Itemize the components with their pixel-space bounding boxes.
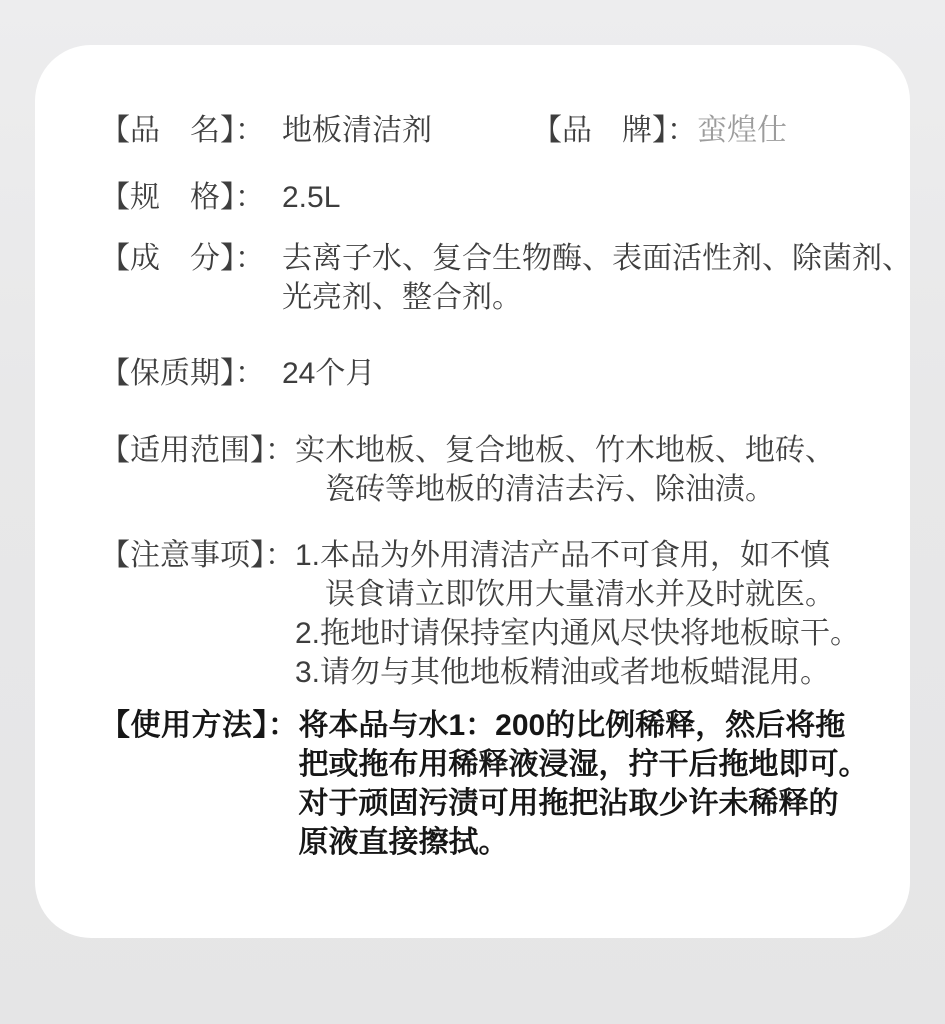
ingredients-line-2: 光亮剂、整合剂。 [282,278,912,317]
notes-value: 1.本品为外用清洁产品不可食用，如不慎 误食请立即饮用大量清水并及时就医。 2.… [295,536,876,692]
product-name-value: 地板清洁剂 [282,111,432,150]
notes-line-3: 2.拖地时请保持室内通风尽快将地板晾干。 [295,614,876,653]
spec-value: 2.5L [282,178,340,217]
notes-line-1: 1.本品为外用清洁产品不可食用，如不慎 [295,536,876,575]
usage-line-4: 原液直接擦拭。 [299,823,877,862]
ingredients-label: 【成 分】： [100,239,282,278]
usage-line-1: 将本品与水1：200的比例稀释，然后将拖 [299,706,877,745]
row-spec: 【规 格】： 2.5L [100,178,876,217]
brand-value: 蛮煌仕 [697,111,787,150]
scope-value: 实木地板、复合地板、竹木地板、地砖、 瓷砖等地板的清洁去污、除油渍。 [295,431,876,509]
ingredients-value: 去离子水、复合生物酶、表面活性剂、除菌剂、 光亮剂、整合剂。 [282,239,912,317]
scope-line-2: 瓷砖等地板的清洁去污、除油渍。 [295,470,876,509]
notes-line-2: 误食请立即饮用大量清水并及时就医。 [295,575,876,614]
row-ingredients: 【成 分】： 去离子水、复合生物酶、表面活性剂、除菌剂、 光亮剂、整合剂。 [100,239,876,317]
row-shelf-life: 【保质期】： 24个月 [100,354,876,393]
usage-value: 将本品与水1：200的比例稀释，然后将拖 把或拖布用稀释液浸湿，拧干后拖地即可。… [299,706,877,862]
usage-line-2: 把或拖布用稀释液浸湿，拧干后拖地即可。 [299,745,877,784]
ingredients-line-1: 去离子水、复合生物酶、表面活性剂、除菌剂、 [282,239,912,278]
product-info-card: 【品 名】： 地板清洁剂 【品 牌】： 蛮煌仕 【规 格】： 2.5L 【成 分… [35,45,910,938]
scope-line-1: 实木地板、复合地板、竹木地板、地砖、 [295,431,876,470]
row-notes: 【注意事项】： 1.本品为外用清洁产品不可食用，如不慎 误食请立即饮用大量清水并… [100,536,876,692]
shelf-life-label: 【保质期】： [100,354,282,393]
row-scope: 【适用范围】： 实木地板、复合地板、竹木地板、地砖、 瓷砖等地板的清洁去污、除油… [100,431,876,509]
notes-line-4: 3.请勿与其他地板精油或者地板蜡混用。 [295,653,876,692]
product-name-label: 【品 名】： [100,111,282,150]
notes-label: 【注意事项】： [100,536,295,575]
row-product-name-brand: 【品 名】： 地板清洁剂 【品 牌】： 蛮煌仕 [100,111,876,150]
usage-line-3: 对于顽固污渍可用拖把沾取少许未稀释的 [299,784,877,823]
row-usage: 【使用方法】： 将本品与水1：200的比例稀释，然后将拖 把或拖布用稀释液浸湿，… [100,706,876,862]
spec-label: 【规 格】： [100,178,282,217]
brand-label: 【品 牌】： [532,111,697,150]
scope-label: 【适用范围】： [100,431,295,470]
usage-label: 【使用方法】： [100,706,299,745]
shelf-life-value: 24个月 [282,354,375,393]
